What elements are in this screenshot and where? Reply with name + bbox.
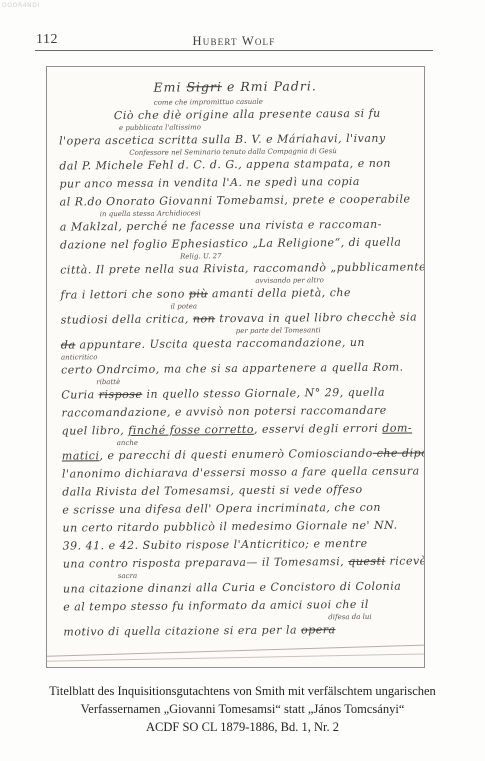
manuscript-line-text: Emi Sigri e Rmi Padri. [59,73,412,100]
manuscript-text-segment: , esservi degli errori [254,422,382,436]
manuscript-text-segment: l'anonimo dichiarava d'essersi mosso a f… [62,464,420,480]
book-page: { "watermark": "OOOR4NDI", "header": { "… [0,0,485,761]
running-title: Hubert Wolf [35,34,433,49]
manuscript-underline-segment: dom- [382,421,412,434]
manuscript-text-segment: raccomandazione, e avvisò non potersi ra… [61,404,386,420]
manuscript-strike-segment: rispose [99,388,143,401]
manuscript-text-segment: a Maklzal, perché ne facesse una rivista… [60,218,382,234]
caption-line: ACDF SO CL 1879-1886, Bd. 1, Nr. 2 [20,718,465,736]
manuscript-underline-segment: matici [62,449,100,462]
manuscript-line: il poteastudiosi della critica, non trov… [61,301,414,329]
manuscript-strike-segment: da [61,338,76,351]
manuscript-text-segment: fra i lettori che sono [60,287,188,301]
manuscript-strike-segment: questi [348,555,385,568]
manuscript-text-segment: trovava in quel libro checchè sia [215,310,417,325]
manuscript-line: sacrauna citazione dinanzi alla Curia e … [63,570,416,598]
manuscript-text-segment: una contro risposta preparava— il Tomesa… [63,555,349,570]
manuscript-text-segment: una citazione dinanzi alla Curia e Conci… [63,580,401,596]
scan-watermark: OOOR4NDI [2,3,40,9]
manuscript-text-segment: in quello stesso Giornale, N° 29, quella [142,386,385,401]
manuscript-strike-segment: che dipoi [373,446,425,460]
manuscript-text-segment: appuntare. Uscita questa raccomandazione… [75,336,365,352]
manuscript-strike-segment: opera [301,623,336,636]
manuscript-line: come che impromittuo casualeCiò che diè … [59,97,412,125]
manuscript-line-text: motivo di quella citazione si era per la… [63,620,416,641]
caption-line: Verfassernamen „Giovanni Tomesamsi“ stat… [20,700,465,718]
manuscript-strike-segment: non [193,312,215,325]
manuscript-text-segment: studiosi della critica, [61,312,193,326]
manuscript-line: avvisando per altrofra i lettori che son… [60,276,413,304]
manuscript-strike-segment: più [189,287,208,300]
manuscript-facsimile: Emi Sigri e Rmi Padri.come che impromitt… [46,66,425,668]
manuscript-text-segment: dal P. Michele Fehl d. C. d. G., appena … [59,157,391,173]
manuscript-text-segment: al R.do Onorato Giovanni Tomebamsi, pret… [60,192,411,208]
manuscript-line: Confessore nel Seminario tenuto dalla Co… [59,147,412,175]
manuscript-line: anchematici, e parecchi di questi enumer… [62,437,415,465]
manuscript-line: ribattèCuria rispose in quello stesso Gi… [61,376,414,404]
manuscript-text-segment: motivo di quella citazione si era per la [63,623,301,638]
manuscript-text-segment: e al tempo stesso fu informato da amici … [63,598,369,614]
manuscript-text-segment: quel libro, [62,424,129,438]
caption-line: Titelblatt des Inquisitionsgutachtens vo… [20,682,465,700]
manuscript-text-segment: Ciò che diè origine alla presente causa … [114,107,381,122]
manuscript-text-segment: città. Il prete nella sua Rivista, racco… [60,260,425,276]
manuscript-text-segment: l'opera ascetica scritta sulla B. V. e M… [59,132,386,148]
manuscript-underline-segment: finché fosse corretto [128,423,254,437]
manuscript-text-segment: e scrisse una difesa dell' Opera incrimi… [62,501,381,517]
manuscript-text-segment: , e parecchi di questi enumerò Comioscia… [99,447,372,462]
manuscript-text-segment: amanti della pietà, che [208,286,351,300]
manuscript-text-segment: pur anco messa in vendita l'A. ne spedì … [59,175,360,191]
manuscript-text-segment: dazione nel foglio Ephesiastico „La Reli… [60,236,402,252]
manuscript-line: e pubblicata l'altissimol'opera ascetica… [59,122,412,150]
manuscript-text-segment: un certo ritardo pubblicò il medesimo Gi… [62,519,397,535]
manuscript-text-segment: dalla Rivista del Tomesamsi, questi si v… [62,483,363,499]
manuscript-line: per parte del Tomesantida appuntare. Usc… [61,326,414,354]
manuscript-text-segment: 39. 41. e 42. Subito rispose l'Anticriti… [63,537,368,553]
manuscript-lines: Emi Sigri e Rmi Padri.come che impromitt… [59,73,417,641]
manuscript-text-segment: Curia [61,388,98,401]
manuscript-text-segment: Emi [153,79,186,94]
manuscript-line: Relig. U. 27città. Il prete nella sua Ri… [60,251,413,279]
figure-caption: Titelblatt des Inquisitionsgutachtens vo… [20,682,465,736]
manuscript-line: anticriticocerto Ondrcimo, ma che si sa … [61,351,414,379]
manuscript-text-segment: ricevè [385,554,425,567]
header-rule [35,50,433,51]
manuscript-line: difesa da luimotivo di quella citazione … [63,613,416,641]
manuscript-line: Emi Sigri e Rmi Padri. [59,73,412,100]
manuscript-text-segment: certo Ondrcimo, ma che si sa appartenere… [61,361,404,377]
manuscript-strike-segment: Sigri [186,79,222,94]
manuscript-line: in quella stessa Archidiocesia Maklzal, … [60,208,413,236]
manuscript-text-segment: e Rmi Padri. [222,78,317,94]
